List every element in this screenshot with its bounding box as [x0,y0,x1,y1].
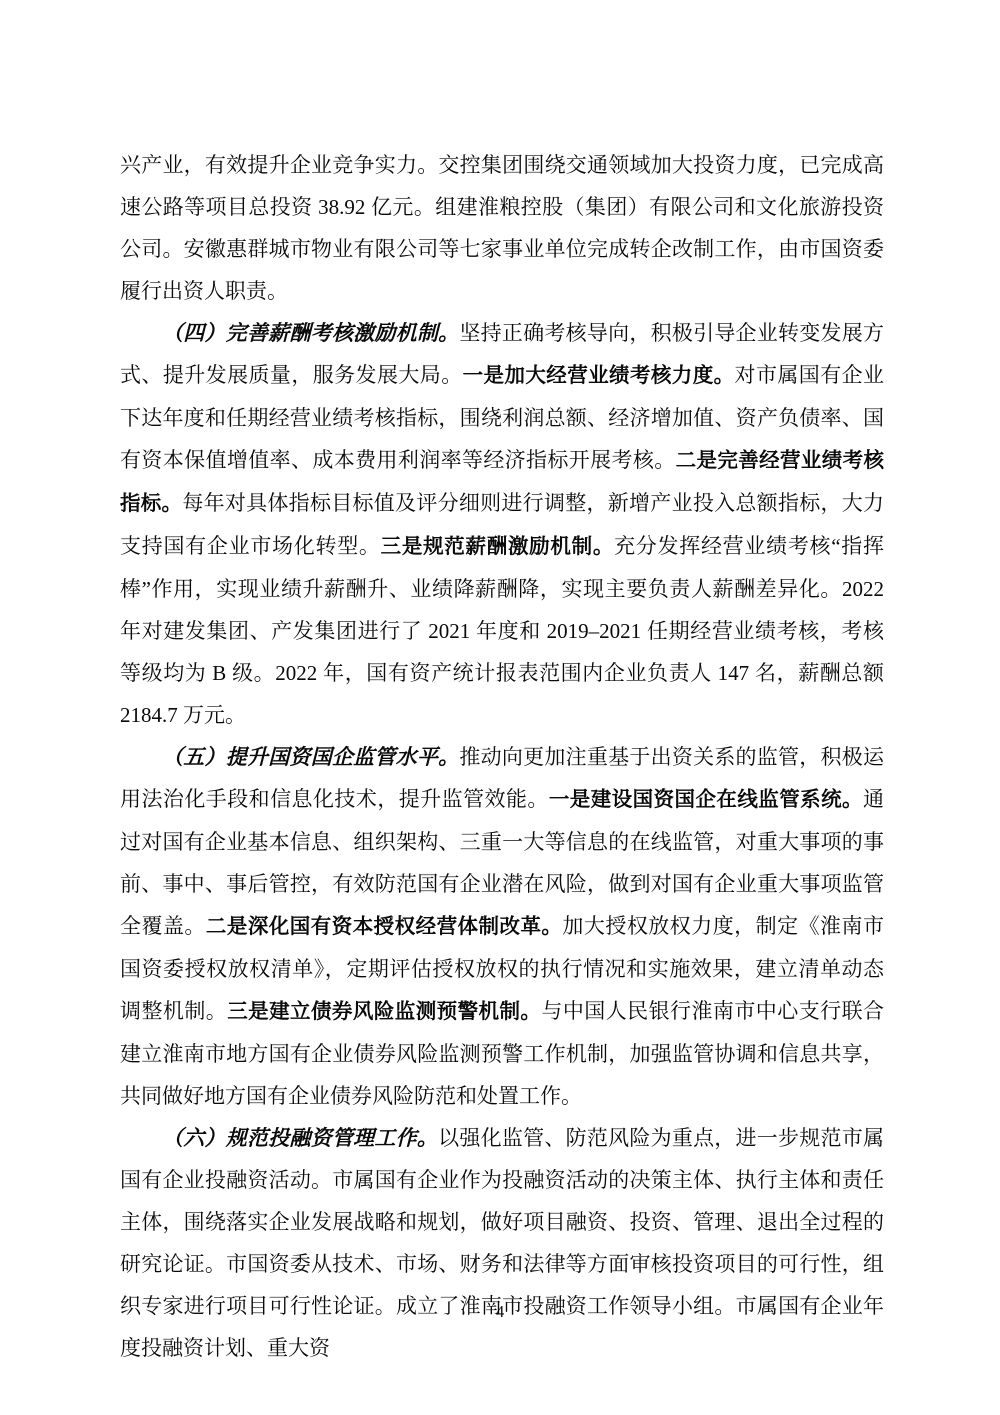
section-heading: （六）规范投融资管理工作。 [162,1126,438,1150]
section-heading: （四）完善薪酬考核激励机制。 [162,321,459,345]
emphasis-text: 三是建立债券风险监测预警机制。 [227,1000,541,1023]
paragraph: （四）完善薪酬考核激励机制。坚持正确考核导向，积极引导企业转变发展方式、提升发展… [120,312,884,736]
body-text: 充分发挥经营业绩考核“指挥棒”作用，实现业绩升薪酬升、业绩降薪酬降，实现主要负责… [120,534,884,727]
page-footer: 4 [0,1302,1000,1322]
emphasis-text: 二是深化国有资本授权经营体制改革。 [206,915,563,938]
paragraph: 兴产业，有效提升企业竞争实力。交控集团围绕交通领域加大投资力度，已完成高速公路等… [120,144,884,312]
emphasis-text: 三是规范薪酬激励机制。 [381,535,614,558]
section-heading: （五）提升国资国企监管水平。 [162,745,459,769]
emphasis-text: 一是加大经营业绩考核力度。 [463,364,735,387]
emphasis-text: 一是建设国资国企在线监管系统。 [549,788,863,811]
body-text: 兴产业，有效提升企业竞争实力。交控集团围绕交通领域加大投资力度，已完成高速公路等… [120,153,884,303]
body-text: 以强化监管、防范风险为重点，进一步规范市属国有企业投融资活动。市属国有企业作为投… [120,1126,884,1360]
paragraph: （六）规范投融资管理工作。以强化监管、防范风险为重点，进一步规范市属国有企业投融… [120,1117,884,1369]
document-body: 兴产业，有效提升企业竞争实力。交控集团围绕交通领域加大投资力度，已完成高速公路等… [120,144,884,1369]
document-page: 兴产业，有效提升企业竞争实力。交控集团围绕交通领域加大投资力度，已完成高速公路等… [0,0,1000,1415]
page-number: 4 [496,1302,505,1321]
paragraph: （五）提升国资国企监管水平。推动向更加注重基于出资关系的监管，积极运用法治化手段… [120,736,884,1117]
